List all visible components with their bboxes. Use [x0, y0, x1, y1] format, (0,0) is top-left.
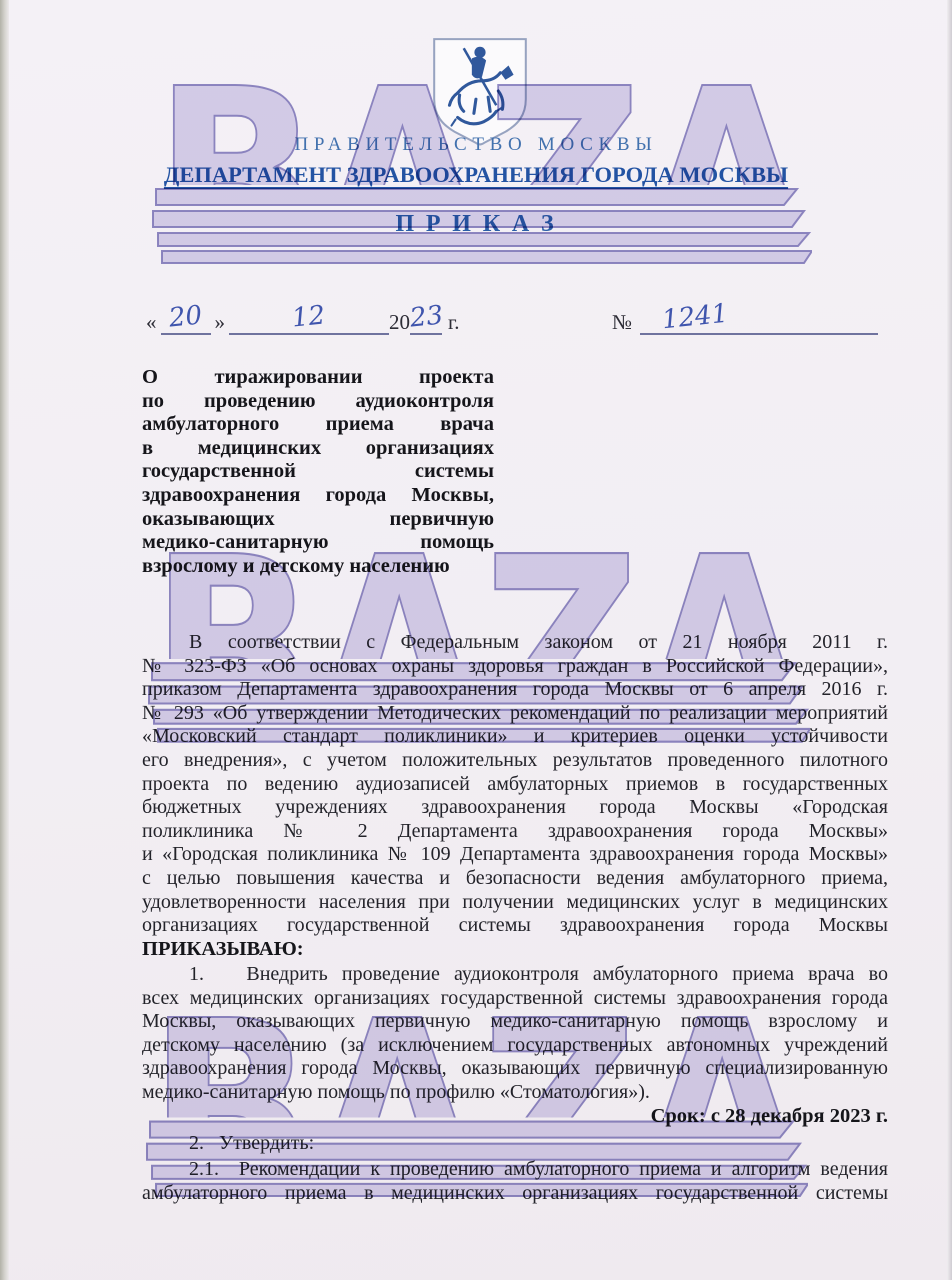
subject-line: О тиражировании проекта	[142, 366, 494, 390]
subject-line: в медицинских организациях	[142, 437, 494, 461]
date-open-quote: «	[142, 310, 161, 335]
department-title: ДЕПАРТАМЕНТ ЗДРАВООХРАНЕНИЯ ГОРОДА МОСКВ…	[0, 162, 952, 188]
preamble-line: бюджетных учреждениях здравоохранения го…	[142, 796, 888, 820]
preamble-line: № 293 «Об утверждении Методических реком…	[142, 702, 888, 726]
preamble-line: организациях государственной системы здр…	[142, 914, 888, 938]
photo-edge-left	[0, 0, 9, 1280]
subject-block: О тиражировании проекта по проведению ау…	[142, 366, 494, 578]
order-item-2: 2. Утвердить:	[142, 1132, 888, 1155]
preamble-line: поликлиника № 2 Департамента здравоохран…	[142, 820, 888, 844]
preamble-line: «Московский стандарт поликлиники» и крит…	[142, 725, 888, 749]
date-day-handwritten: 20	[167, 300, 203, 333]
preamble-line: с целью повышения качества и безопасност…	[142, 867, 888, 891]
date-close-quote: »	[211, 310, 230, 335]
order-item-2-1-line: амбулаторного приема в медицинских орган…	[142, 1182, 888, 1206]
date-day-field: 20	[161, 299, 211, 335]
preamble-line: проекта по ведению аудиозаписей амбулато…	[142, 773, 888, 797]
preamble-paragraph: В соответствии с Федеральным законом от …	[142, 631, 888, 938]
date-month-handwritten: 12	[291, 300, 327, 333]
order-item-1-line: Москвы, оказывающих первичную медико-сан…	[142, 1010, 888, 1034]
order-item-1-line: здравоохранения города Москвы, оказывающ…	[142, 1057, 888, 1081]
preamble-line: приказом Департамента здравоохранения го…	[142, 678, 888, 702]
date-month-field: 12	[229, 299, 389, 335]
date-year-field: 23	[410, 299, 442, 335]
preamble-line: № 323-ФЗ «Об основах охраны здоровья гра…	[142, 655, 888, 679]
date-year-handwritten: 23	[409, 300, 445, 333]
order-item-1-line: всех медицинских организациях государств…	[142, 987, 888, 1011]
preamble-line: В соответствии с Федеральным законом от …	[142, 631, 888, 655]
order-item-1-line: медико-санитарную помощь по профилю «Сто…	[142, 1081, 888, 1105]
order-item-1: 1. Внедрить проведение аудиоконтроля амб…	[142, 963, 888, 1105]
moscow-coat-of-arms-icon	[426, 34, 534, 148]
doc-number-field: 1241	[640, 299, 878, 335]
order-item-1-line: детскому населению (за исключением госуд…	[142, 1034, 888, 1058]
photo-edge-right	[947, 0, 952, 1280]
order-item-2-1-line: 2.1. Рекомендации к проведению амбулатор…	[142, 1158, 888, 1182]
preamble-line: удовлетворенности населения при получени…	[142, 891, 888, 915]
document-photo: BAZA	[0, 0, 952, 1280]
date-year-printed: 20	[389, 310, 410, 335]
order-item-1-line: 1. Внедрить проведение аудиоконтроля амб…	[142, 963, 888, 987]
subject-line: взрослому и детскому населению	[142, 555, 494, 579]
subject-line: государственной системы	[142, 460, 494, 484]
order-item-2-1: 2.1. Рекомендации к проведению амбулатор…	[142, 1158, 888, 1205]
date-and-number-line: « 20 » 12 20 23 г. № 1241	[142, 293, 878, 335]
subject-line: медико-санитарную помощь	[142, 531, 494, 555]
date-year-unit: г.	[448, 310, 460, 335]
preamble-line: и «Городская поликлиника № 109 Департаме…	[142, 843, 888, 867]
subject-line: оказывающих первичную	[142, 508, 494, 532]
subject-line: амбулаторного приема врача	[142, 413, 494, 437]
resolve-word: ПРИКАЗЫВАЮ:	[142, 938, 304, 961]
subject-line: здравоохранения города Москвы,	[142, 484, 494, 508]
preamble-line: его внедрения», с учетом положительных р…	[142, 749, 888, 773]
doc-number-sign: №	[612, 310, 632, 335]
government-title: ПРАВИТЕЛЬСТВО МОСКВЫ	[0, 134, 952, 156]
doc-number-handwritten: 1241	[661, 299, 730, 336]
doc-type-title: П Р И К А З	[0, 211, 952, 238]
deadline-line: Срок: с 28 декабря 2023 г.	[142, 1105, 888, 1128]
subject-line: по проведению аудиоконтроля	[142, 390, 494, 414]
